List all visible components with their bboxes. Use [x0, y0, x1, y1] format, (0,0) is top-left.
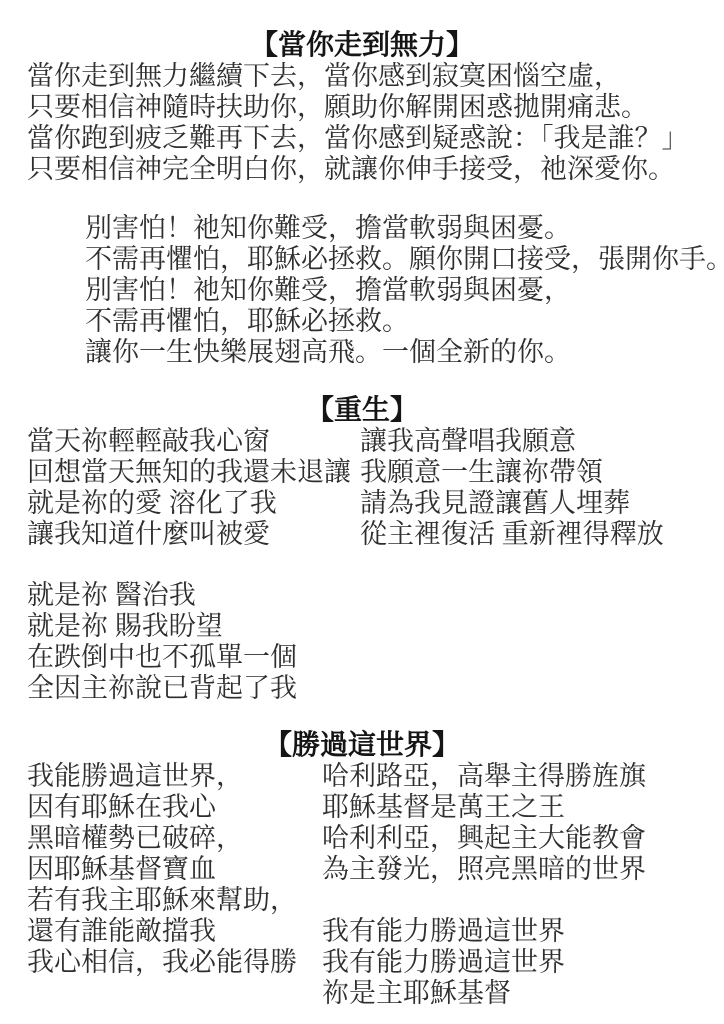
song-section-1: 【當你走到無力】 當你走到無力繼續下去，當你感到寂寞困惱空虛， 只要相信神隨時扶…	[0, 30, 724, 368]
lyric-row: 還有誰能敵擋我 我有能力勝過這世界	[27, 916, 724, 947]
lyric-line: 黑暗權勢已破碎，	[27, 823, 322, 854]
lyric-line: 我有能力勝過這世界	[322, 916, 565, 947]
lyric-line: 我能勝過這世界，	[27, 761, 322, 792]
lyric-line: 讓你一生快樂展翅高飛。一個全新的你。	[85, 337, 724, 368]
two-column-lyrics: 我能勝過這世界， 哈利路亞，高舉主得勝旌旗 因有耶穌在我心 耶穌基督是萬王之王 …	[27, 761, 724, 1009]
song-title: 【重生】	[0, 395, 724, 426]
lyric-line: 為主發光，照亮黑暗的世界	[322, 854, 646, 885]
lyric-line: 就是祢的愛 溶化了我	[27, 488, 360, 519]
song-title: 【勝過這世界】	[0, 730, 724, 761]
lyric-line: 不需再懼怕，耶穌必拯救。	[85, 306, 724, 337]
lyric-row: 因耶穌基督寶血 為主發光，照亮黑暗的世界	[27, 854, 724, 885]
lyric-line: 不需再懼怕，耶穌必拯救。願你開口接受，張開你手。	[85, 244, 724, 275]
lyric-line: 別害怕！祂知你難受，擔當軟弱與困憂。	[85, 213, 724, 244]
song-title: 【當你走到無力】	[0, 30, 724, 61]
stanza: 就是祢 醫治我 就是祢 賜我盼望 在跌倒中也不孤單一個 全因主祢說已背起了我	[27, 580, 724, 704]
lyric-line: 全因主祢說已背起了我	[27, 673, 724, 704]
lyric-line: 別害怕！祂知你難受，擔當軟弱與困憂，	[85, 275, 724, 306]
lyrics-page: 【當你走到無力】 當你走到無力繼續下去，當你感到寂寞困惱空虛， 只要相信神隨時扶…	[0, 0, 724, 1024]
lyric-line: 讓我知道什麼叫被愛	[27, 519, 360, 550]
lyric-line: 若有我主耶穌來幫助，	[27, 885, 322, 916]
lyric-line: 祢是主耶穌基督	[322, 978, 511, 1009]
lyric-line: 在跌倒中也不孤單一個	[27, 642, 724, 673]
lyric-line: 我願意一生讓祢帶領	[360, 457, 603, 488]
lyric-line: 哈利利亞，興起主大能教會	[322, 823, 646, 854]
lyric-row: 因有耶穌在我心 耶穌基督是萬王之王	[27, 792, 724, 823]
lyric-line: 當你走到無力繼續下去，當你感到寂寞困惱空虛，	[27, 61, 724, 92]
lyric-row: 我能勝過這世界， 哈利路亞，高舉主得勝旌旗	[27, 761, 724, 792]
lyric-row: 我心相信，我必能得勝 我有能力勝過這世界	[27, 947, 724, 978]
song-section-2: 【重生】 當天祢輕輕敲我心窗 讓我高聲唱我願意 回想當天無知的我還未退讓 我願意…	[0, 395, 724, 704]
lyric-line: 耶穌基督是萬王之王	[322, 792, 565, 823]
lyric-row: 當天祢輕輕敲我心窗 讓我高聲唱我願意	[27, 426, 724, 457]
lyric-line: 就是祢 賜我盼望	[27, 611, 724, 642]
lyric-line: 我有能力勝過這世界	[322, 947, 565, 978]
lyric-line: 從主裡復活 重新裡得釋放	[360, 519, 664, 550]
lyric-row: 就是祢的愛 溶化了我 請為我見證讓舊人埋葬	[27, 488, 724, 519]
lyric-line: 當天祢輕輕敲我心窗	[27, 426, 360, 457]
lyric-line: 哈利路亞，高舉主得勝旌旗	[322, 761, 646, 792]
lyric-line: 請為我見證讓舊人埋葬	[360, 488, 630, 519]
lyric-line: 只要相信神隨時扶助你，願助你解開困惑拋開痛悲。	[27, 92, 724, 123]
lyric-line: 讓我高聲唱我願意	[360, 426, 576, 457]
song-section-3: 【勝過這世界】 我能勝過這世界， 哈利路亞，高舉主得勝旌旗 因有耶穌在我心 耶穌…	[0, 730, 724, 1009]
lyric-row: 回想當天無知的我還未退讓 我願意一生讓祢帶領	[27, 457, 724, 488]
lyric-row: 祢是主耶穌基督	[27, 978, 724, 1009]
lyric-row: 若有我主耶穌來幫助，	[27, 885, 724, 916]
two-column-lyrics: 當天祢輕輕敲我心窗 讓我高聲唱我願意 回想當天無知的我還未退讓 我願意一生讓祢帶…	[27, 426, 724, 550]
lyric-line: 因耶穌基督寶血	[27, 854, 322, 885]
lyric-line: 當你跑到疲乏難再下去，當你感到疑惑說：「我是誰？」	[27, 123, 724, 154]
lyric-row: 讓我知道什麼叫被愛 從主裡復活 重新裡得釋放	[27, 519, 724, 550]
lyric-line	[27, 978, 322, 1009]
stanza: 別害怕！祂知你難受，擔當軟弱與困憂。 不需再懼怕，耶穌必拯救。願你開口接受，張開…	[85, 213, 724, 368]
lyric-line: 只要相信神完全明白你，就讓你伸手接受，祂深愛你。	[27, 154, 724, 185]
stanza: 當你走到無力繼續下去，當你感到寂寞困惱空虛， 只要相信神隨時扶助你，願助你解開困…	[27, 61, 724, 185]
lyric-line: 我心相信，我必能得勝	[27, 947, 322, 978]
lyric-line: 因有耶穌在我心	[27, 792, 322, 823]
lyric-line: 回想當天無知的我還未退讓	[27, 457, 360, 488]
lyric-row: 黑暗權勢已破碎， 哈利利亞，興起主大能教會	[27, 823, 724, 854]
lyric-line: 還有誰能敵擋我	[27, 916, 322, 947]
lyric-line: 就是祢 醫治我	[27, 580, 724, 611]
